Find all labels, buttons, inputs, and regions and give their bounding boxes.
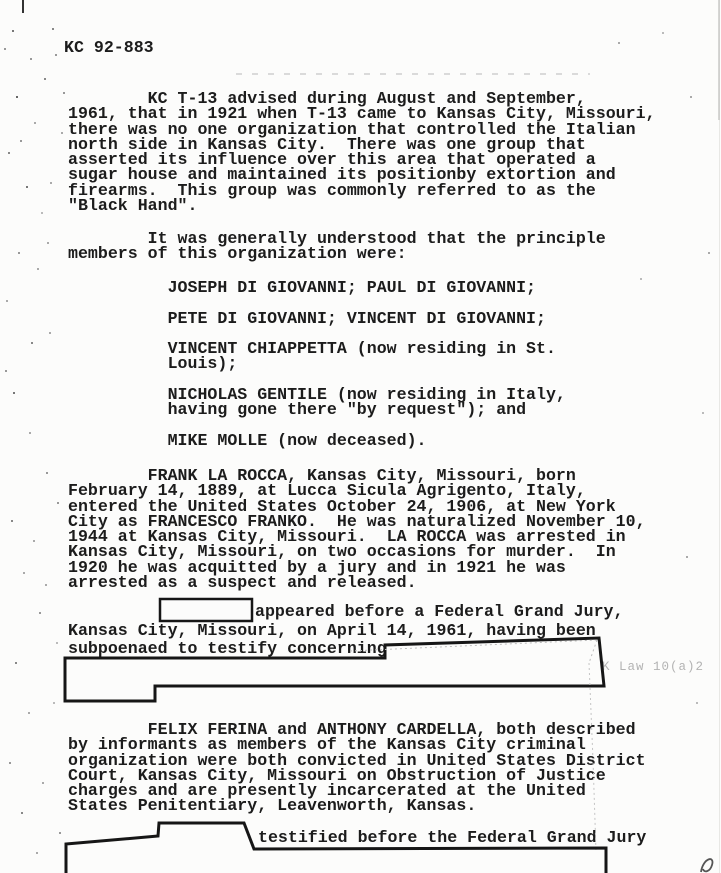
bottom-testified-fragment: testified before the Federal Grand Jury (258, 830, 646, 845)
handwritten-mark (701, 859, 712, 872)
grand-jury-line3: subpoenaed to testify concerning (68, 641, 387, 656)
paragraph-t13-advised: KC T-13 advised during August and Septem… (68, 91, 656, 213)
grand-jury-line1: appeared before a Federal Grand Jury, (255, 604, 623, 619)
case-number: KC 92-883 (64, 40, 154, 55)
jfk-law-review-stamp: JFK Law 10(a)2 (585, 660, 704, 674)
names-list: JOSEPH DI GIOVANNI; PAUL DI GIOVANNI; PE… (68, 280, 566, 448)
paragraph-frank-la-rocca: FRANK LA ROCCA, Kansas City, Missouri, b… (68, 468, 646, 590)
leader-line-diagonal (350, 640, 597, 651)
scan-noise-speckles (0, 0, 2, 2)
paragraph-ferina-cardella: FELIX FERINA and ANTHONY CARDELLA, both … (68, 722, 646, 814)
paragraph-principle-members: It was generally understood that the pri… (68, 231, 606, 262)
redaction-box-inline (160, 599, 252, 621)
grand-jury-line2: Kansas City, Missouri, on April 14, 1961… (68, 623, 596, 638)
document-page: KC 92-883 KC T-13 advised during August … (0, 0, 721, 873)
